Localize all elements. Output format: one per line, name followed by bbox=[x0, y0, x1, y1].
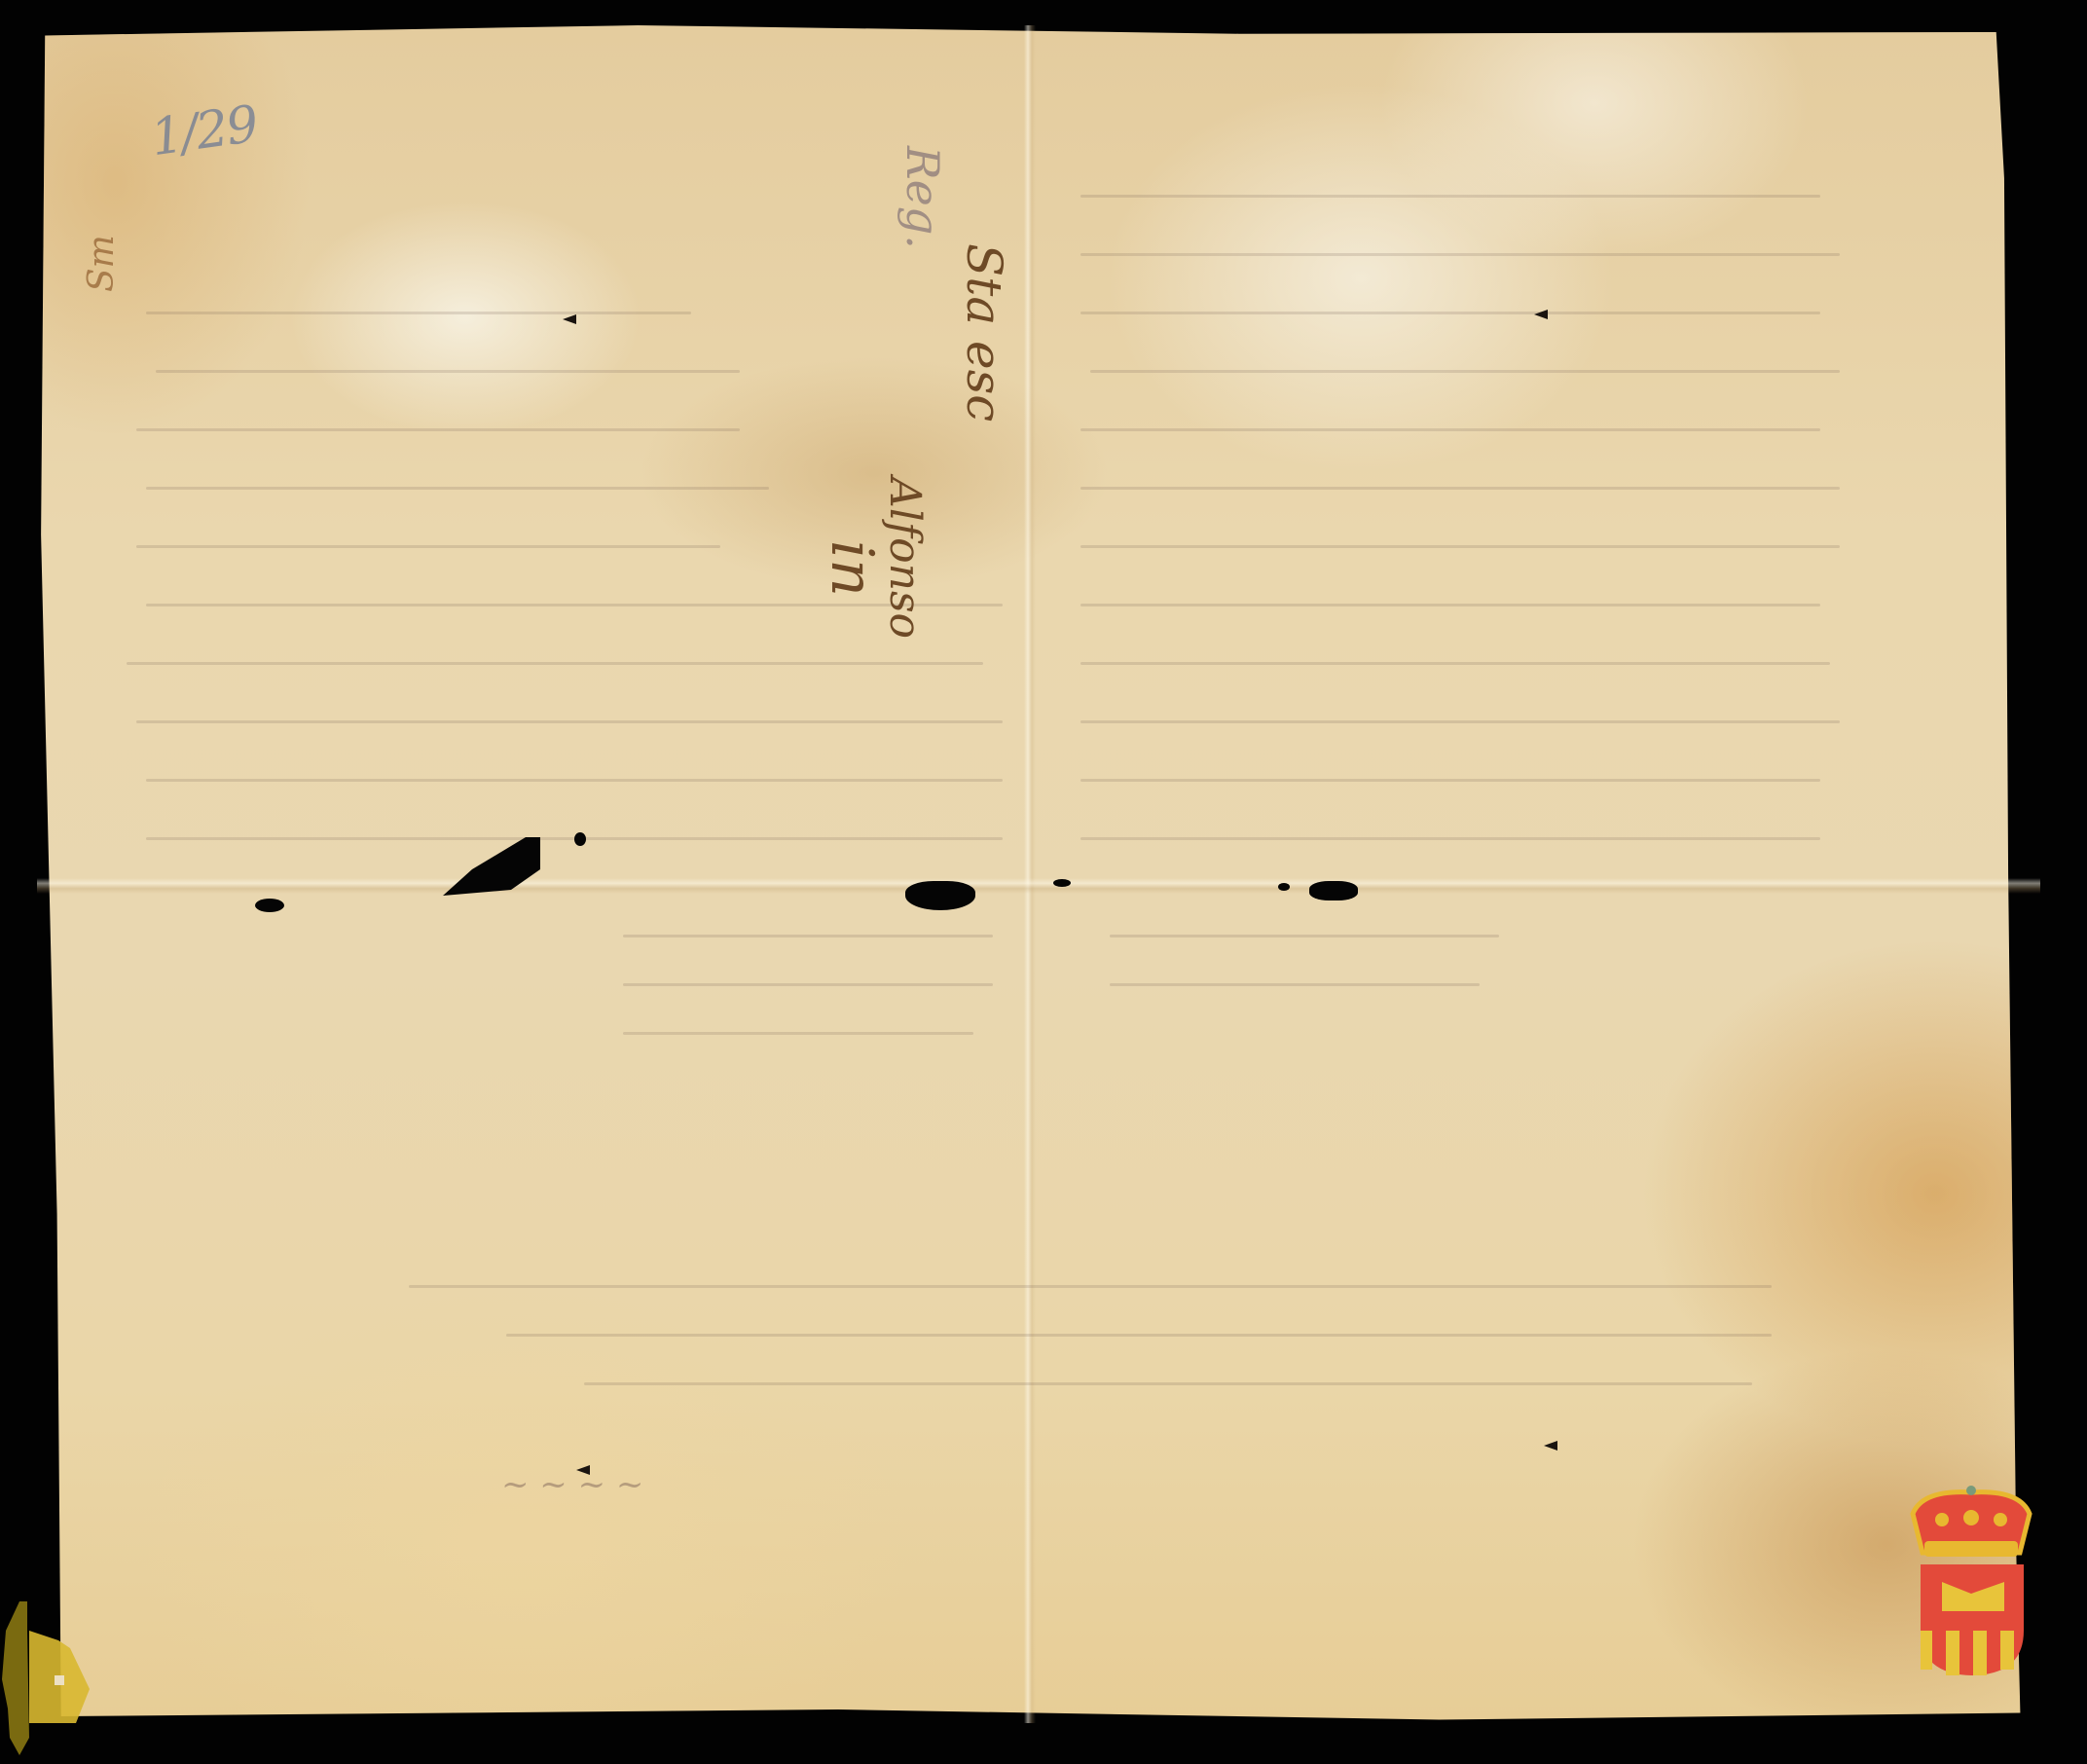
corner-logo-icon bbox=[0, 1592, 107, 1757]
endorsement-line: Sta esc bbox=[956, 243, 1012, 422]
coat-of-arms-icon bbox=[1903, 1485, 2039, 1679]
vertical-fold bbox=[1024, 25, 1036, 1723]
endorsement-line: Reg. bbox=[897, 146, 949, 249]
margin-note: Sm bbox=[82, 235, 122, 292]
endorsement-line: Alfonso bbox=[880, 477, 930, 639]
pinhole bbox=[1544, 1441, 1557, 1451]
parchment-sheet bbox=[37, 25, 2040, 1723]
bottom-scrawl: ~ ~ ~ ~ bbox=[501, 1465, 643, 1504]
horizontal-fold bbox=[37, 878, 2040, 894]
photo-background: 1/29 Sm Reg. Sta esc Alfonso in ~ ~ ~ ~ bbox=[0, 0, 2087, 1764]
pinhole bbox=[563, 314, 576, 324]
pinhole bbox=[1534, 310, 1548, 319]
endorsement-line: in bbox=[818, 540, 886, 597]
